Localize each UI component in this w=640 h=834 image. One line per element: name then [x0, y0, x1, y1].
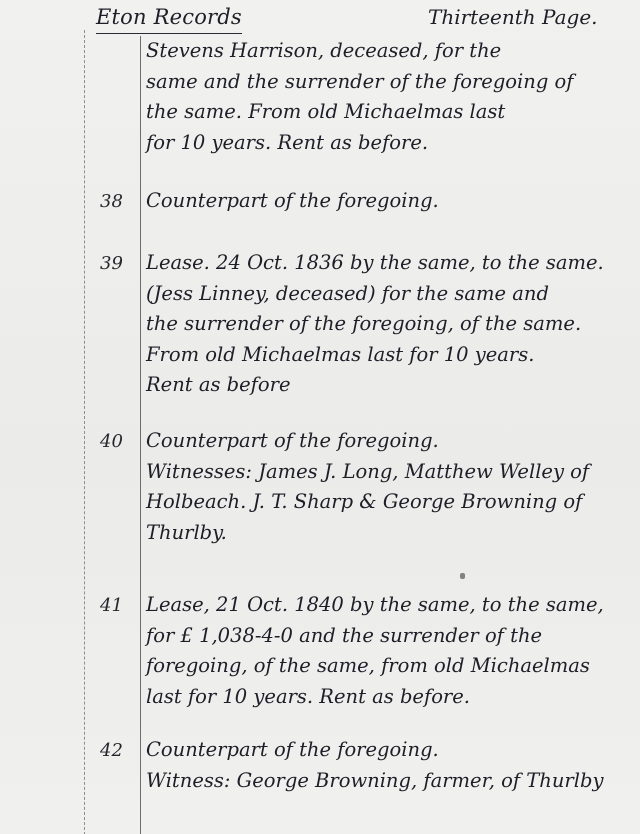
- entry-line: Counterpart of the foregoing.: [146, 186, 636, 217]
- entry-line: Rent as before: [146, 370, 636, 401]
- entry-number: 40: [100, 426, 136, 458]
- page-title: Eton Records: [96, 2, 242, 34]
- entry-line: From old Michaelmas last for 10 years.: [146, 340, 636, 371]
- entry-text: Counterpart of the foregoing.: [146, 186, 636, 217]
- margin-rule-inner: [140, 36, 141, 834]
- entry-line: Lease, 21 Oct. 1840 by the same, to the …: [146, 590, 636, 621]
- margin-rule-outer: [84, 30, 85, 834]
- page-label: Thirteenth Page.: [428, 2, 598, 32]
- entry-number: 39: [100, 248, 136, 280]
- entry-line: (Jess Linney, deceased) for the same and: [146, 279, 636, 310]
- entry-line: for £ 1,038-4-0 and the surrender of the: [146, 621, 636, 652]
- entry-line: Stevens Harrison, deceased, for the: [146, 36, 636, 67]
- entry-number: 38: [100, 186, 136, 218]
- entry-line: same and the surrender of the foregoing …: [146, 67, 636, 98]
- entry-line: Thurlby.: [146, 518, 636, 549]
- entry-text: Stevens Harrison, deceased, for the same…: [146, 36, 636, 158]
- entry-line: Lease. 24 Oct. 1836 by the same, to the …: [146, 248, 636, 279]
- entry-line: Counterpart of the foregoing.: [146, 426, 636, 457]
- entry-text: Counterpart of the foregoing. Witness: G…: [146, 735, 636, 796]
- entry-line: foregoing, of the same, from old Michael…: [146, 651, 636, 682]
- entry-line: the surrender of the foregoing, of the s…: [146, 309, 636, 340]
- entry-text: Counterpart of the foregoing. Witnesses:…: [146, 426, 636, 548]
- entry-text: Lease. 24 Oct. 1836 by the same, to the …: [146, 248, 636, 401]
- entry-text: Lease, 21 Oct. 1840 by the same, to the …: [146, 590, 636, 712]
- paper-speck: [460, 573, 465, 579]
- entry-line: Witnesses: James J. Long, Matthew Welley…: [146, 457, 636, 488]
- entry-line: for 10 years. Rent as before.: [146, 128, 636, 159]
- entry-line: Witness: George Browning, farmer, of Thu…: [146, 766, 636, 797]
- entry-line: the same. From old Michaelmas last: [146, 97, 636, 128]
- entry-number: 41: [100, 590, 136, 622]
- document-page: Eton Records Thirteenth Page. Stevens Ha…: [0, 0, 640, 834]
- entry-line: last for 10 years. Rent as before.: [146, 682, 636, 713]
- entry-line: Counterpart of the foregoing.: [146, 735, 636, 766]
- entry-line: Holbeach. J. T. Sharp & George Browning …: [146, 487, 636, 518]
- entry-number: 42: [100, 735, 136, 767]
